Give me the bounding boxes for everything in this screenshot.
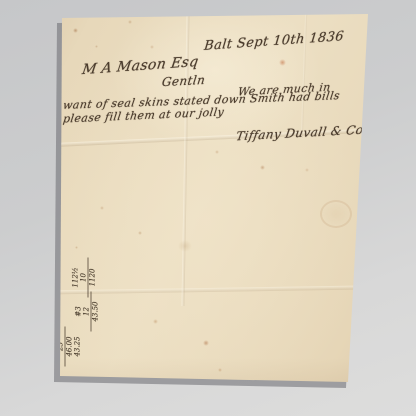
stain-spot bbox=[305, 168, 309, 172]
margin-calculation-2: #3 12 43.50 bbox=[75, 292, 100, 332]
stain-spot bbox=[178, 240, 192, 252]
calc-total: 43.50 bbox=[91, 292, 100, 332]
calc-line: #3 bbox=[75, 292, 83, 332]
stain-spot bbox=[153, 319, 158, 324]
stain-spot bbox=[203, 340, 209, 346]
letter-paper: Balt Sept 10th 1836 M A Mason Esq Gentln… bbox=[0, 0, 416, 416]
stain-spot bbox=[128, 20, 132, 24]
photo-of-letter: Balt Sept 10th 1836 M A Mason Esq Gentln… bbox=[0, 0, 416, 416]
stain-spot bbox=[150, 45, 154, 49]
calc-total: 46.00 bbox=[65, 327, 74, 367]
letter-dateline: Balt Sept 10th 1836 bbox=[203, 29, 344, 54]
stain-spot bbox=[100, 206, 104, 210]
stain-spot bbox=[138, 231, 142, 235]
stain-spot bbox=[218, 368, 222, 372]
calc-line: 12 bbox=[83, 292, 91, 332]
letter-signature: Tiffany Duvall & Co bbox=[235, 123, 365, 144]
stain-spot bbox=[73, 28, 78, 33]
margin-calculation-3: 5½ 23 46.00 43.25 bbox=[49, 327, 82, 367]
letter-salutation: Gentln bbox=[161, 73, 206, 89]
stain-spot bbox=[75, 246, 78, 249]
calc-line: 43.25 bbox=[74, 327, 82, 367]
stain-spot bbox=[215, 150, 219, 154]
stain-spot bbox=[95, 45, 98, 48]
stain-spot bbox=[279, 59, 286, 66]
stain-spot bbox=[260, 165, 265, 170]
ring-stain bbox=[320, 200, 352, 228]
